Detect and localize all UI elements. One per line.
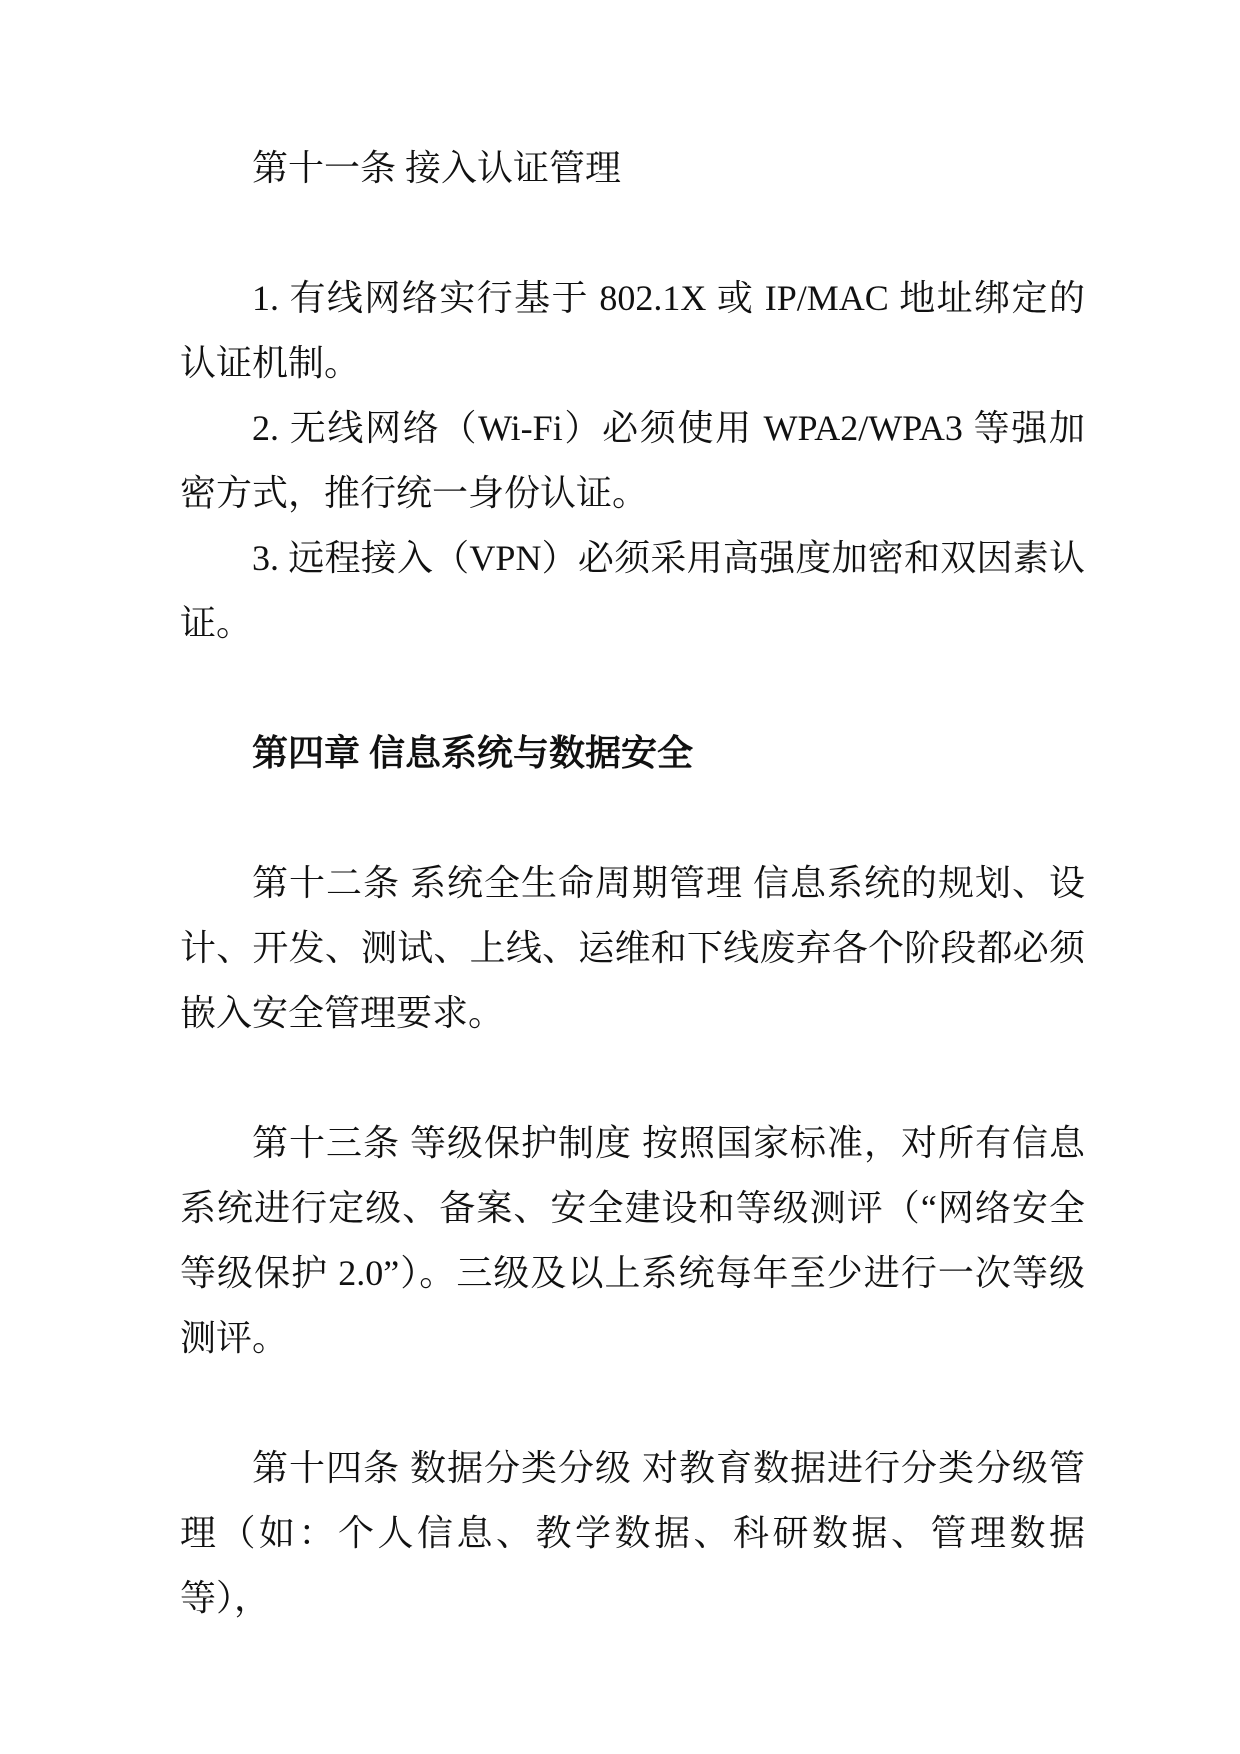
article-12-paragraph: 第十二条 系统全生命周期管理 信息系统的规划、设计、开发、测试、上线、运维和下线… — [180, 851, 1085, 1046]
article-11-item-2: 2. 无线网络（Wi-Fi）必须使用 WPA2/WPA3 等强加密方式，推行统一… — [180, 396, 1085, 526]
article-11-item-1: 1. 有线网络实行基于 802.1X 或 IP/MAC 地址绑定的认证机制。 — [180, 266, 1085, 396]
article-11-title: 第十一条 接入认证管理 — [180, 136, 1085, 201]
chapter-4-heading: 第四章 信息系统与数据安全 — [180, 721, 1085, 786]
article-11-item-3: 3. 远程接入（VPN）必须采用高强度加密和双因素认证。 — [180, 526, 1085, 656]
article-13-paragraph: 第十三条 等级保护制度 按照国家标准，对所有信息系统进行定级、备案、安全建设和等… — [180, 1111, 1085, 1371]
document-page: 第十一条 接入认证管理 1. 有线网络实行基于 802.1X 或 IP/MAC … — [0, 0, 1240, 1754]
document-text-area: 第十一条 接入认证管理 1. 有线网络实行基于 802.1X 或 IP/MAC … — [180, 136, 1085, 1631]
article-14-paragraph: 第十四条 数据分类分级 对教育数据进行分类分级管理（如：个人信息、教学数据、科研… — [180, 1436, 1085, 1631]
